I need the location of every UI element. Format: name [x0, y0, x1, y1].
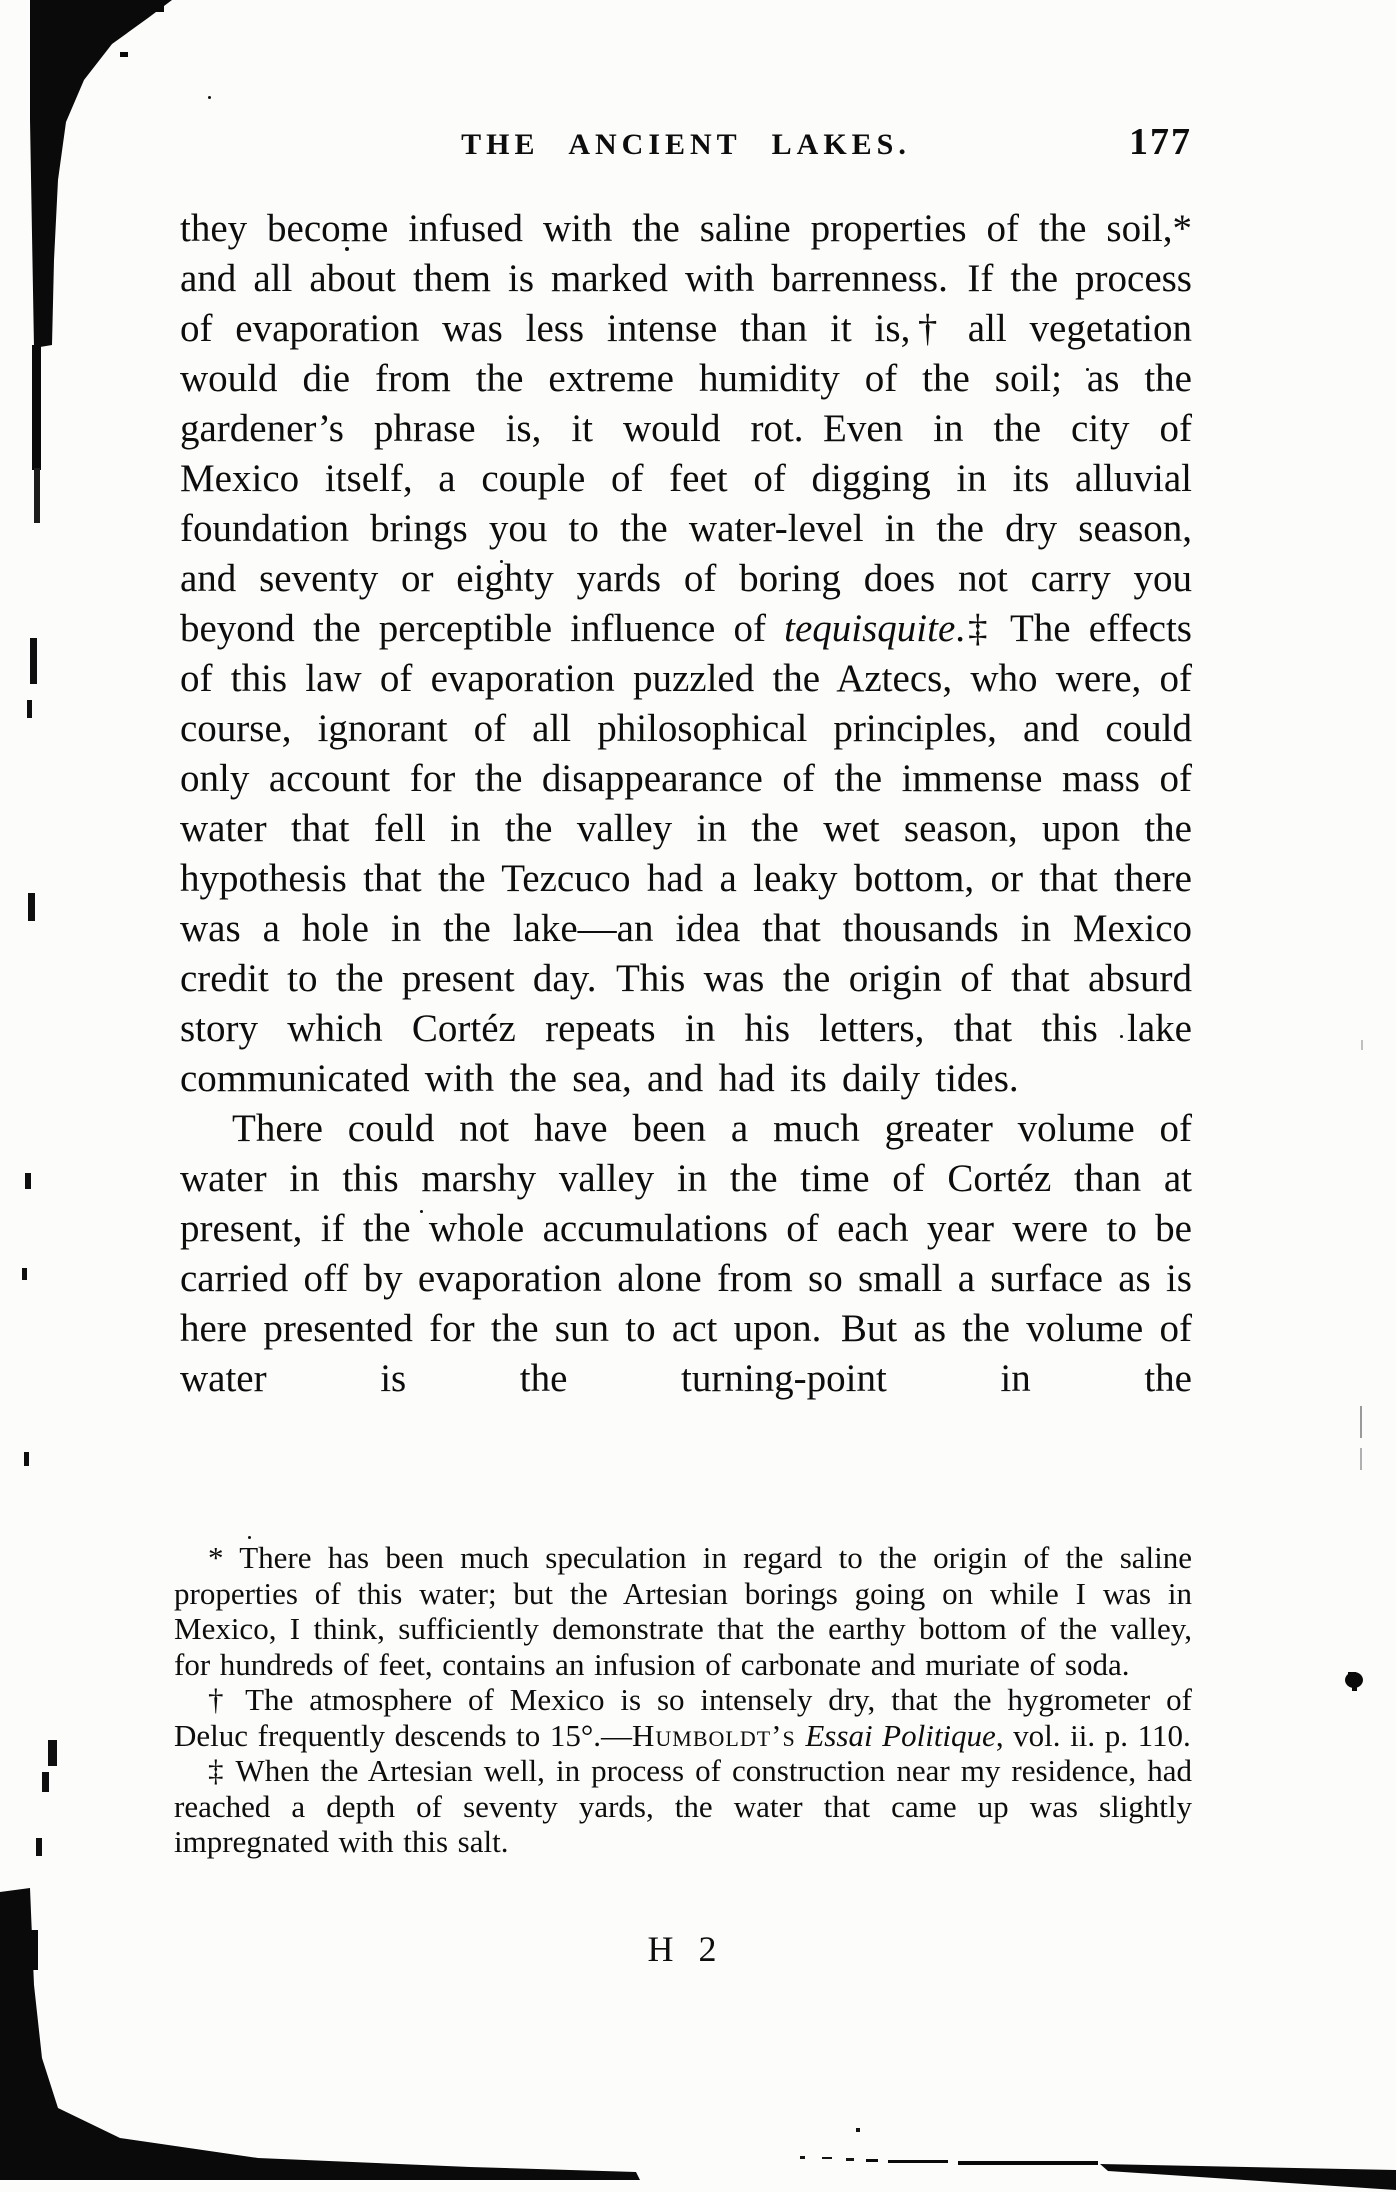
- footnote-asterisk: * There has been much speculation in reg…: [174, 1540, 1192, 1682]
- page-number: 177: [1129, 120, 1192, 164]
- ink-speck: [345, 247, 349, 251]
- ink-speck: [1120, 1035, 1123, 1038]
- paragraph-second: There could not have been a much greater…: [180, 1104, 1192, 1404]
- ink-speck: [208, 96, 211, 99]
- page-header: THE ANCIENT LAKES. 177: [180, 128, 1192, 178]
- ink-speck: [500, 560, 503, 563]
- ink-speck: [420, 1210, 423, 1213]
- scan-edge-left-marks: [22, 638, 57, 1856]
- press-signature: H 2: [180, 1928, 1192, 1970]
- book-page: THE ANCIENT LAKES. 177 they become infus…: [0, 0, 1396, 2192]
- ink-speck: [248, 1536, 251, 1539]
- footnote-dagger: † The atmosphere of Mexico is so intense…: [174, 1682, 1192, 1753]
- running-title: THE ANCIENT LAKES.: [180, 128, 1192, 162]
- ink-blob: [1345, 1672, 1363, 1691]
- footnote-double-dagger: ‡ When the Artesian well, in process of …: [174, 1753, 1192, 1860]
- scan-edge-top-left: [30, 0, 172, 523]
- ink-speck: [1086, 368, 1089, 371]
- paragraph-continuation: they become infused with the saline prop…: [180, 204, 1192, 1104]
- scan-edge-right-faint: [1360, 1040, 1363, 1470]
- footnotes: * There has been much speculation in reg…: [174, 1540, 1192, 1860]
- scan-edge-bottom-right: [800, 2128, 1396, 2190]
- body-text: they become infused with the saline prop…: [180, 204, 1192, 1404]
